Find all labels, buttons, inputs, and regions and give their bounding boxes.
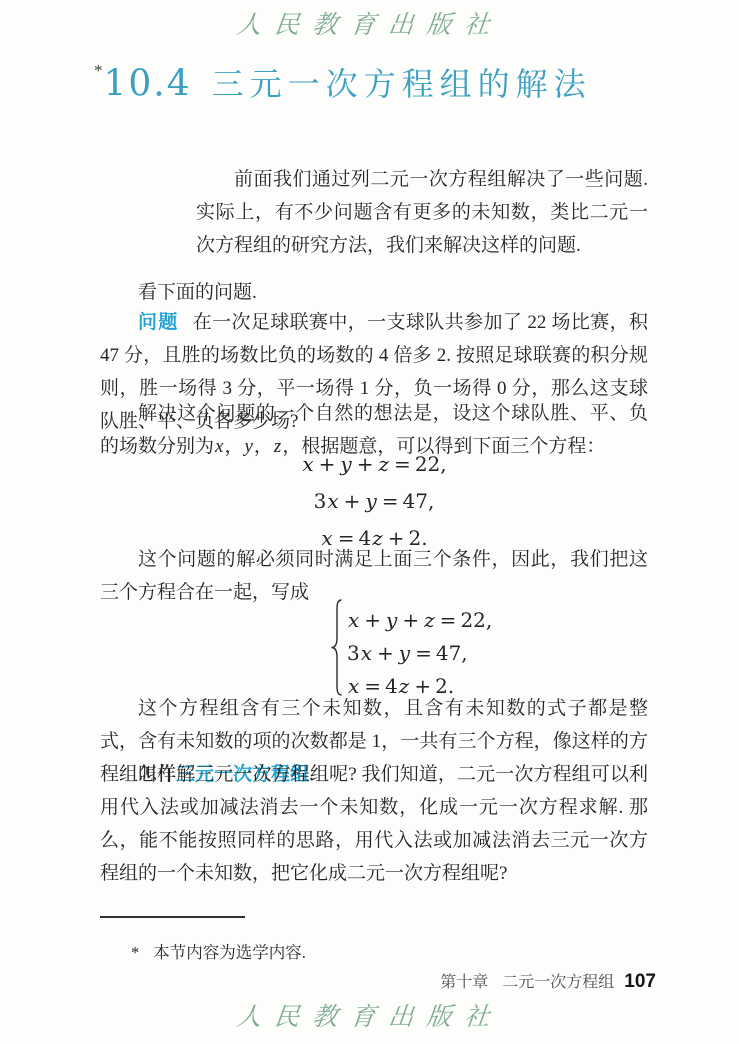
footnote-divider [100, 916, 245, 918]
footer-book-title: 二元一次方程组 [502, 974, 614, 991]
footer-chapter: 第十章 [440, 974, 488, 991]
equation-group: x+y+z=22,3x+y=47,x=4z+2. [100, 446, 648, 557]
lead-in-paragraph: 看下面的问题. [100, 276, 648, 309]
equation-line: x+y+z=22, [100, 446, 648, 483]
footnote-marker: * [131, 943, 139, 962]
equation-line: 3x+y=47, [347, 637, 492, 670]
footnote-text: 本节内容为选学内容. [153, 943, 306, 962]
equation-line: x+y+z=22, [347, 604, 492, 637]
system-equations: x+y+z=22,3x+y=47,x=4z+2. [347, 604, 492, 703]
page-footer: 第十章二元一次方程组107 [440, 965, 656, 999]
section-number: 10.4 [104, 63, 192, 104]
section-asterisk: * [94, 61, 103, 80]
footnote: *本节内容为选学内容. [131, 936, 306, 969]
section-title: *10.4三元一次方程组的解法 [94, 66, 592, 106]
question-paragraph: 怎样解三元一次方程组呢? 我们知道，二元一次方程组可以利用代入法或加减法消去一个… [100, 758, 648, 890]
publisher-watermark-bottom: 人民教育出版社 [0, 1000, 739, 1033]
page-number: 107 [624, 971, 656, 992]
section-title-text: 三元一次方程组的解法 [212, 66, 592, 102]
publisher-watermark-top: 人民教育出版社 [0, 8, 739, 41]
problem-label: 问题 [138, 312, 179, 333]
intro-paragraph: 前面我们通过列二元一次方程组解决了一些问题. 实际上，有不少问题含有更多的未知数… [196, 163, 648, 262]
textbook-page: 人民教育出版社 *10.4三元一次方程组的解法 前面我们通过列二元一次方程组解决… [0, 0, 739, 1044]
equation-line: 3x+y=47, [100, 483, 648, 520]
